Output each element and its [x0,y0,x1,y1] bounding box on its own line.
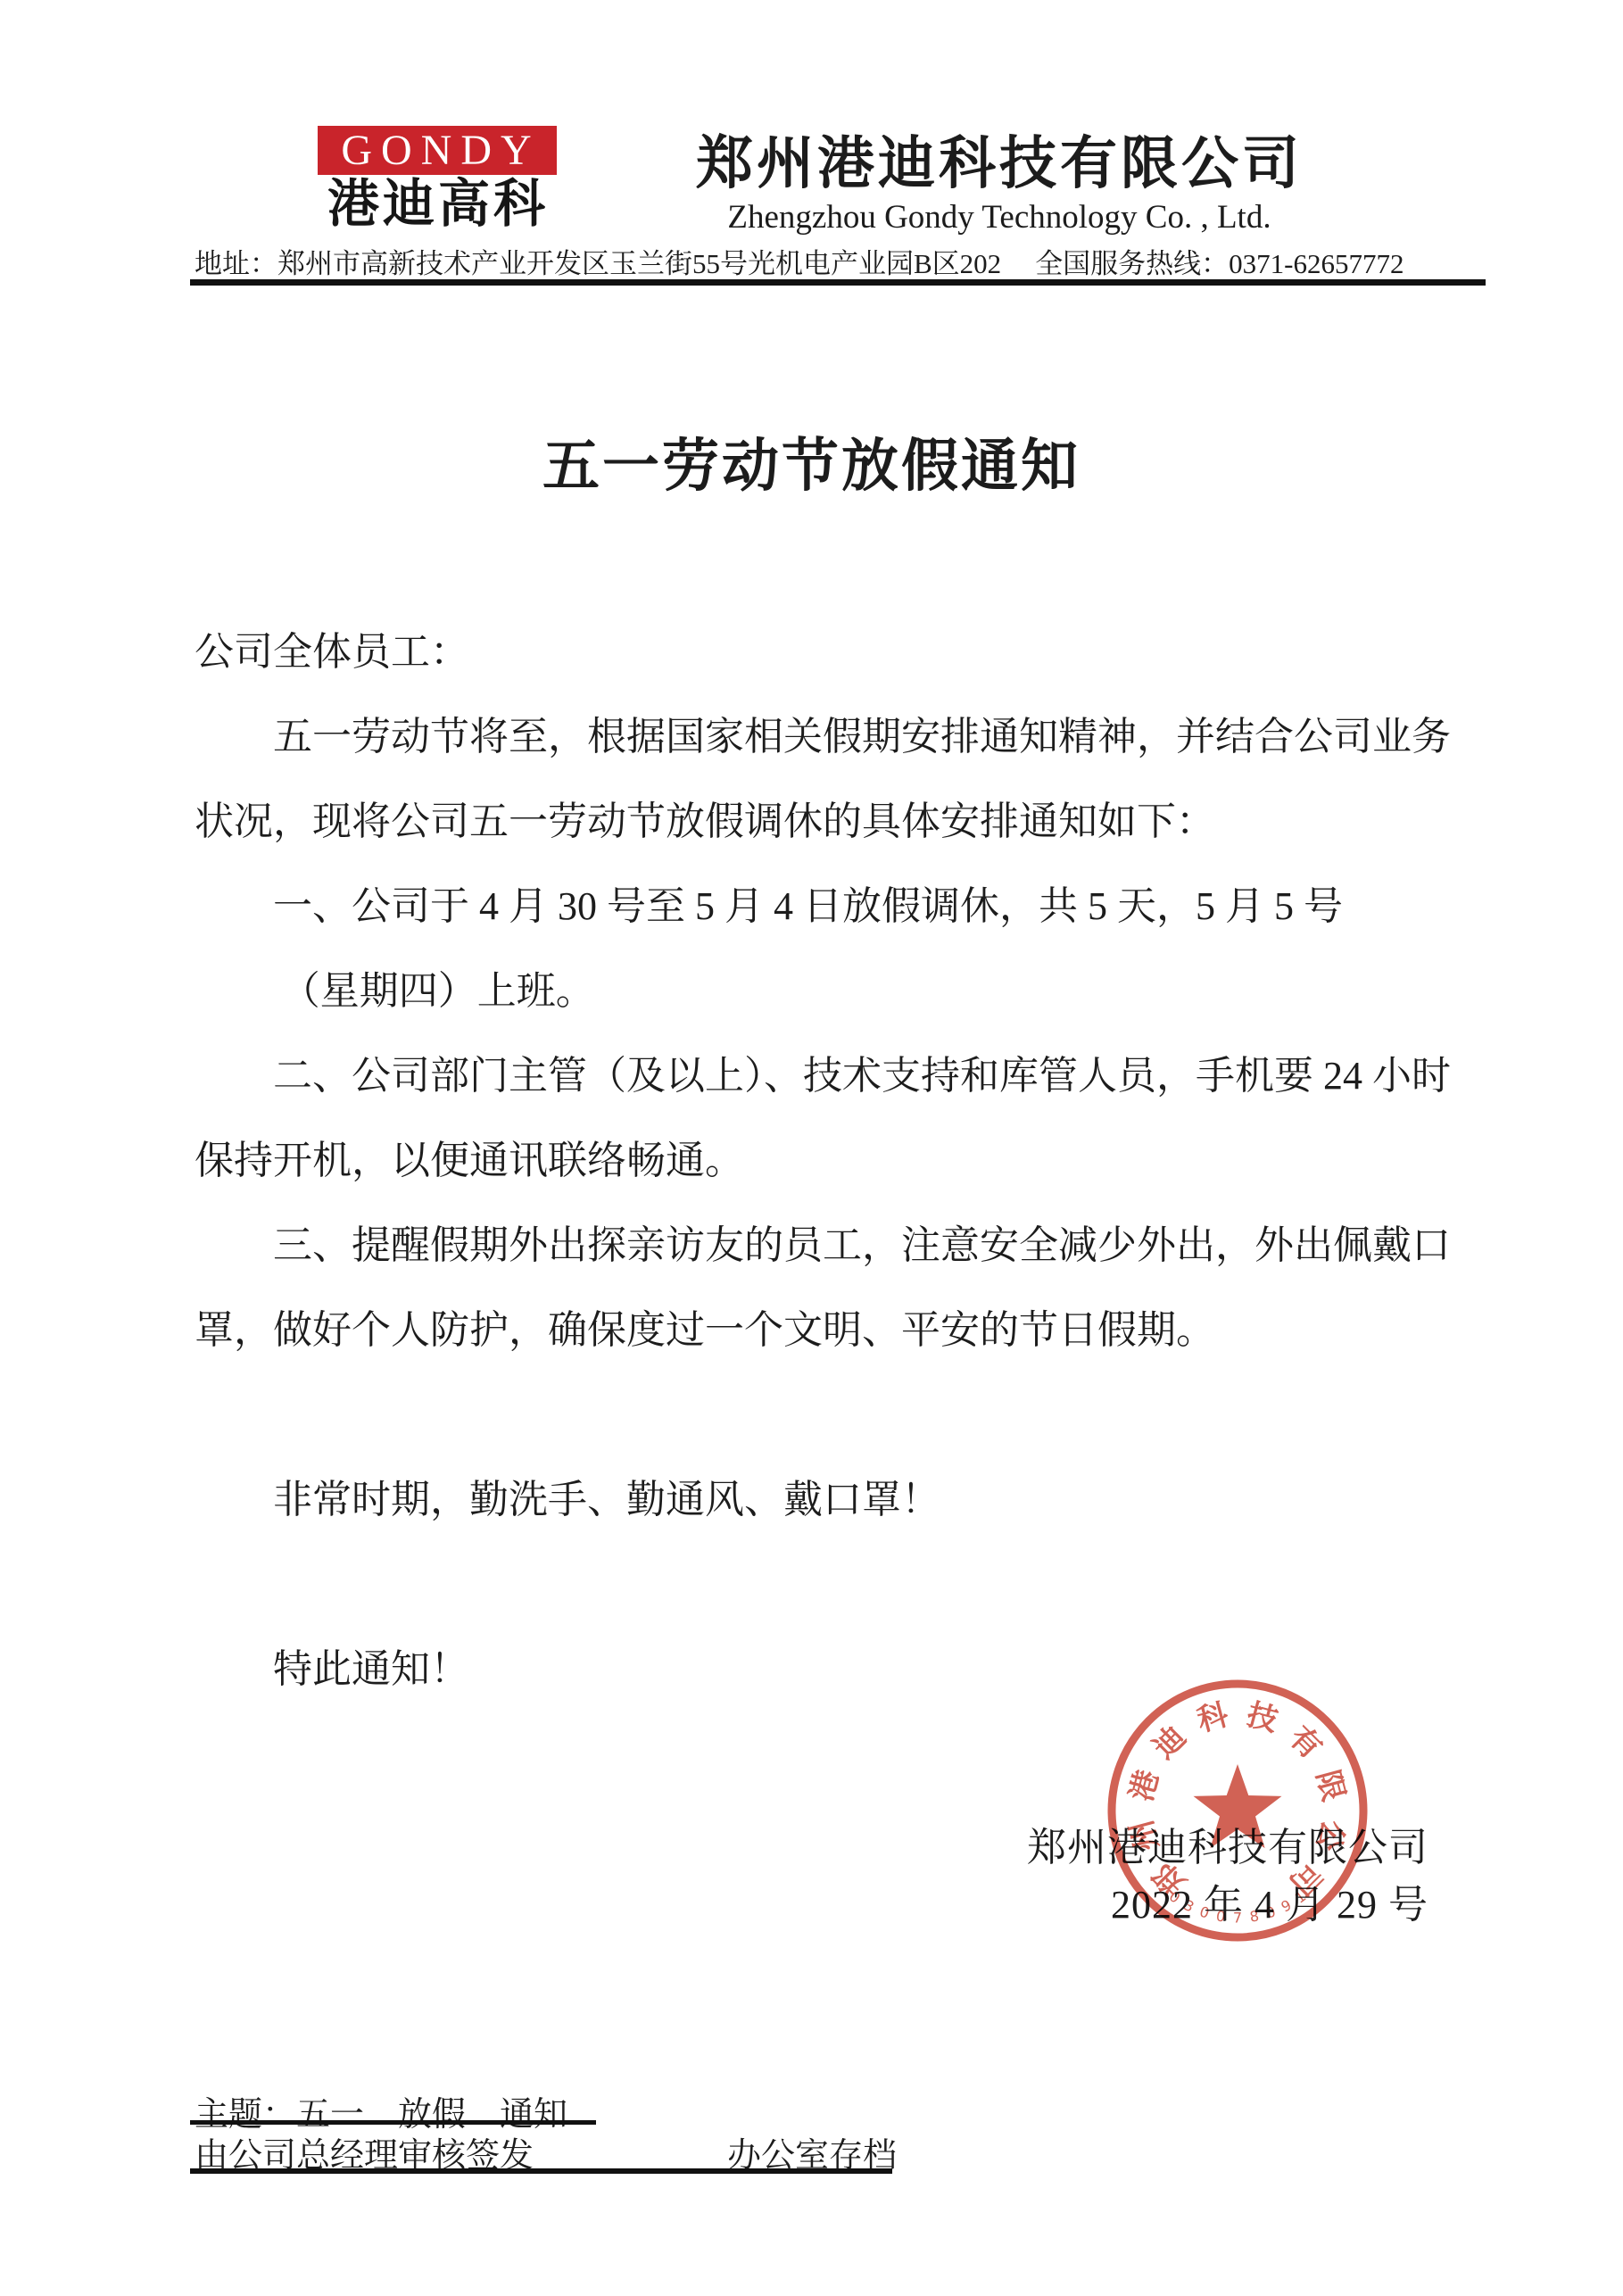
notice-document-page: GONDY 港迪高科 郑州港迪科技有限公司 Zhengzhou Gondy Te… [0,0,1623,2296]
seal-glyph: 0 [1197,1902,1212,1921]
notice-title: 五一劳动节放假通知 [0,420,1623,502]
salutation: 公司全体员工： [195,609,1462,694]
seal-glyph: 州 [1125,1816,1165,1853]
service-hotline: 全国服务热线：0371-62657772 [1035,248,1404,279]
body-line: 保持开机，以便通讯联络畅通。 [195,1118,1462,1203]
body-line: 二、公司部门主管（及以上）、技术支持和库管人员，手机要 24 小时 [195,1033,1462,1118]
company-name-en: Zhengzhou Gondy Technology Co. , Ltd. [660,198,1338,236]
company-address: 地址：郑州市高新技术产业开发区玉兰街55号光机电产业园B区202 [195,248,1001,279]
seal-glyph: 0 [1263,1902,1278,1921]
seal-glyph: 9 [1279,1896,1295,1916]
footer-underline-2 [190,2168,892,2174]
seal-glyph: 司 [1283,1856,1329,1902]
body-line: 状况，现将公司五一劳动节放假调休的具体安排通知如下： [195,779,1462,864]
header-divider-rule [190,279,1486,286]
logo-wordmark: GONDY [334,129,540,172]
seal-glyph: 8 [1248,1907,1260,1925]
logo-subtitle: 港迪高科 [312,176,564,233]
epidemic-slogan: 非常时期，勤洗手、勤通风、戴口罩！ [195,1457,1462,1542]
header-address-line: 地址：郑州市高新技术产业开发区玉兰街55号光机电产业园B区202全国服务热线：0… [195,241,1533,281]
seal-glyph: 7 [1233,1910,1242,1927]
body-line: 罩，做好个人防护，确保度过一个文明、平安的节日假期。 [195,1288,1462,1372]
seal-glyph: 港 [1124,1767,1165,1805]
seal-glyph: 有 [1283,1720,1329,1765]
company-logo: GONDY [318,126,557,175]
seal-glyph: 科 [1194,1697,1232,1738]
body-line: （星期四）上班。 [195,949,1462,1033]
seal-serial-number: 030078091 [1166,1887,1309,1926]
company-name-cn: 郑州港迪科技有限公司 [660,118,1338,200]
seal-glyph: 公 [1310,1816,1350,1853]
seal-glyph: 限 [1310,1767,1351,1805]
body-line: 一、公司于 4 月 30 号至 5 月 4 日放假调休，共 5 天，5 月 5 … [195,864,1462,949]
seal-glyph: 郑 [1147,1856,1193,1902]
seal-star-icon [1194,1764,1282,1848]
seal-glyph: 3 [1181,1896,1197,1916]
company-seal-stamp: 郑州港迪科技有限公司 030078091 [1095,1668,1380,1953]
body-line: 五一劳动节将至，根据国家相关假期安排通知精神，并结合公司业务 [195,694,1462,779]
seal-glyph: 迪 [1147,1720,1192,1765]
seal-glyph: 0 [1215,1907,1227,1925]
notice-body: 公司全体员工： 五一劳动节将至，根据国家相关假期安排通知精神，并结合公司业务状况… [195,609,1462,1712]
seal-glyph: 技 [1243,1697,1281,1738]
body-line: 三、提醒假期外出探亲访友的员工，注意安全减少外出，外出佩戴口 [195,1203,1462,1288]
footer-underline-1 [190,2120,596,2125]
notice-paragraph-lines: 五一劳动节将至，根据国家相关假期安排通知精神，并结合公司业务状况，现将公司五一劳… [195,694,1462,1372]
